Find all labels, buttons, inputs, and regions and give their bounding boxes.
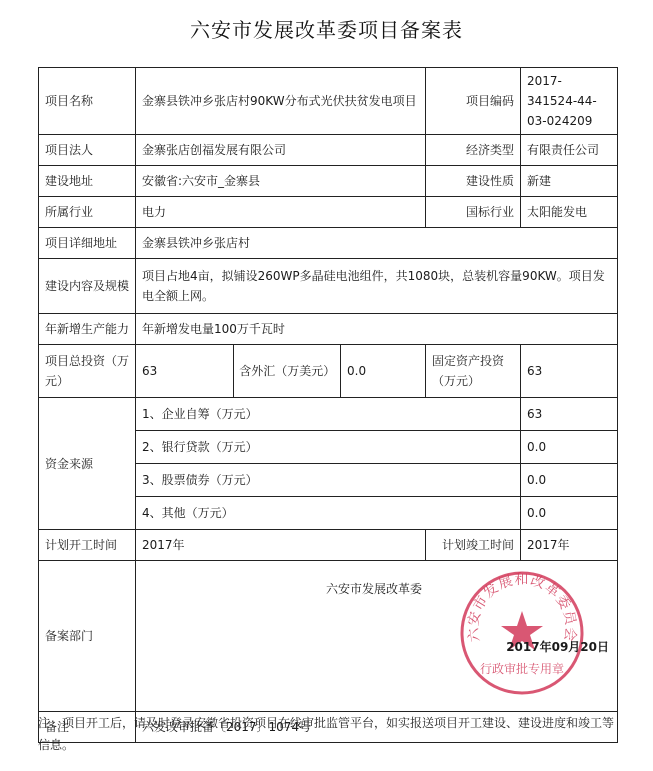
row-schedule: 计划开工时间 2017年 计划竣工时间 2017年 — [39, 530, 618, 561]
investment-inner: 63 含外汇（万美元） — [136, 345, 340, 397]
label-scale: 建设内容及规模 — [39, 259, 136, 314]
value-fixed-assets: 63 — [521, 345, 618, 398]
row-funding-1: 资金来源 1、企业自筹（万元） 63 — [39, 398, 618, 431]
row-industry: 所属行业 电力 国标行业 太阳能发电 — [39, 197, 618, 228]
row-address: 建设地址 安徽省:六安市_金寨县 建设性质 新建 — [39, 166, 618, 197]
label-funding-source: 资金来源 — [39, 398, 136, 530]
label-national-industry: 国标行业 — [426, 197, 521, 228]
label-completion-time: 计划竣工时间 — [426, 530, 521, 561]
value-scale: 项目占地4亩，拟铺设260WP多晶硅电池组件，共1080块，总装机容量90KW。… — [136, 259, 618, 314]
label-fixed-assets: 固定资产投资（万元） — [426, 345, 521, 398]
label-industry: 所属行业 — [39, 197, 136, 228]
value-industry: 电力 — [136, 197, 426, 228]
funding-item-label: 1、企业自筹（万元） — [136, 398, 521, 431]
label-project-code: 项目编码 — [426, 68, 521, 135]
funding-item-label: 4、其他（万元） — [136, 497, 521, 530]
funding-item-value: 0.0 — [521, 464, 618, 497]
label-start-time: 计划开工时间 — [39, 530, 136, 561]
row-department: 备案部门 六安市发展改革委 六安市发展和改革委员会 行政审批专用章 2017年0… — [39, 561, 618, 712]
official-seal-icon: 六安市发展和改革委员会 行政审批专用章 — [458, 569, 586, 697]
label-total-investment: 项目总投资（万元） — [39, 345, 136, 398]
row-detail-address: 项目详细地址 金寨县铁冲乡张店村 — [39, 228, 618, 259]
value-project-code: 2017-341524-44-03-024209 — [521, 68, 618, 135]
label-address: 建设地址 — [39, 166, 136, 197]
investment-split-cell: 63 含外汇（万美元） — [136, 345, 341, 398]
funding-item-value: 0.0 — [521, 431, 618, 464]
value-capacity: 年新增发电量100万千瓦时 — [136, 314, 618, 345]
value-completion-time: 2017年 — [521, 530, 618, 561]
label-foreign-exchange: 含外汇（万美元） — [234, 345, 340, 397]
label-economic-type: 经济类型 — [426, 135, 521, 166]
label-project-name: 项目名称 — [39, 68, 136, 135]
value-foreign-exchange: 0.0 — [341, 345, 426, 398]
value-total-investment: 63 — [136, 345, 234, 397]
footnote: 注：项目开工后，请及时登录安徽省投资项目在线审批监管平台，如实报送项目开工建设、… — [38, 712, 620, 756]
funding-item-label: 3、股票债券（万元） — [136, 464, 521, 497]
value-detail-address: 金寨县铁冲乡张店村 — [136, 228, 618, 259]
funding-item-value: 63 — [521, 398, 618, 431]
label-construction-nature: 建设性质 — [426, 166, 521, 197]
label-department: 备案部门 — [39, 561, 136, 712]
row-capacity: 年新增生产能力 年新增发电量100万千瓦时 — [39, 314, 618, 345]
row-project-name: 项目名称 金寨县铁冲乡张店村90KW分布式光伏扶贫发电项目 项目编码 2017-… — [39, 68, 618, 135]
value-construction-nature: 新建 — [521, 166, 618, 197]
funding-item-value: 0.0 — [521, 497, 618, 530]
label-legal-person: 项目法人 — [39, 135, 136, 166]
label-detail-address: 项目详细地址 — [39, 228, 136, 259]
filing-form-table: 项目名称 金寨县铁冲乡张店村90KW分布式光伏扶贫发电项目 项目编码 2017-… — [38, 67, 618, 743]
value-national-industry: 太阳能发电 — [521, 197, 618, 228]
value-economic-type: 有限责任公司 — [521, 135, 618, 166]
svg-text:行政审批专用章: 行政审批专用章 — [480, 661, 564, 676]
row-scale: 建设内容及规模 项目占地4亩，拟铺设260WP多晶硅电池组件，共1080块，总装… — [39, 259, 618, 314]
department-name: 六安市发展改革委 — [326, 579, 422, 599]
value-start-time: 2017年 — [136, 530, 426, 561]
department-cell: 六安市发展改革委 六安市发展和改革委员会 行政审批专用章 2017年09月20日 — [136, 561, 618, 712]
label-capacity: 年新增生产能力 — [39, 314, 136, 345]
funding-item-label: 2、银行贷款（万元） — [136, 431, 521, 464]
document-title: 六安市发展改革委项目备案表 — [0, 14, 653, 43]
row-investment: 项目总投资（万元） 63 含外汇（万美元） 0.0 固定资产投资（万元） 63 — [39, 345, 618, 398]
value-address: 安徽省:六安市_金寨县 — [136, 166, 426, 197]
filing-date: 2017年09月20日 — [506, 637, 609, 657]
value-project-name: 金寨县铁冲乡张店村90KW分布式光伏扶贫发电项目 — [136, 68, 426, 135]
row-legal-person: 项目法人 金寨张店创福发展有限公司 经济类型 有限责任公司 — [39, 135, 618, 166]
value-legal-person: 金寨张店创福发展有限公司 — [136, 135, 426, 166]
